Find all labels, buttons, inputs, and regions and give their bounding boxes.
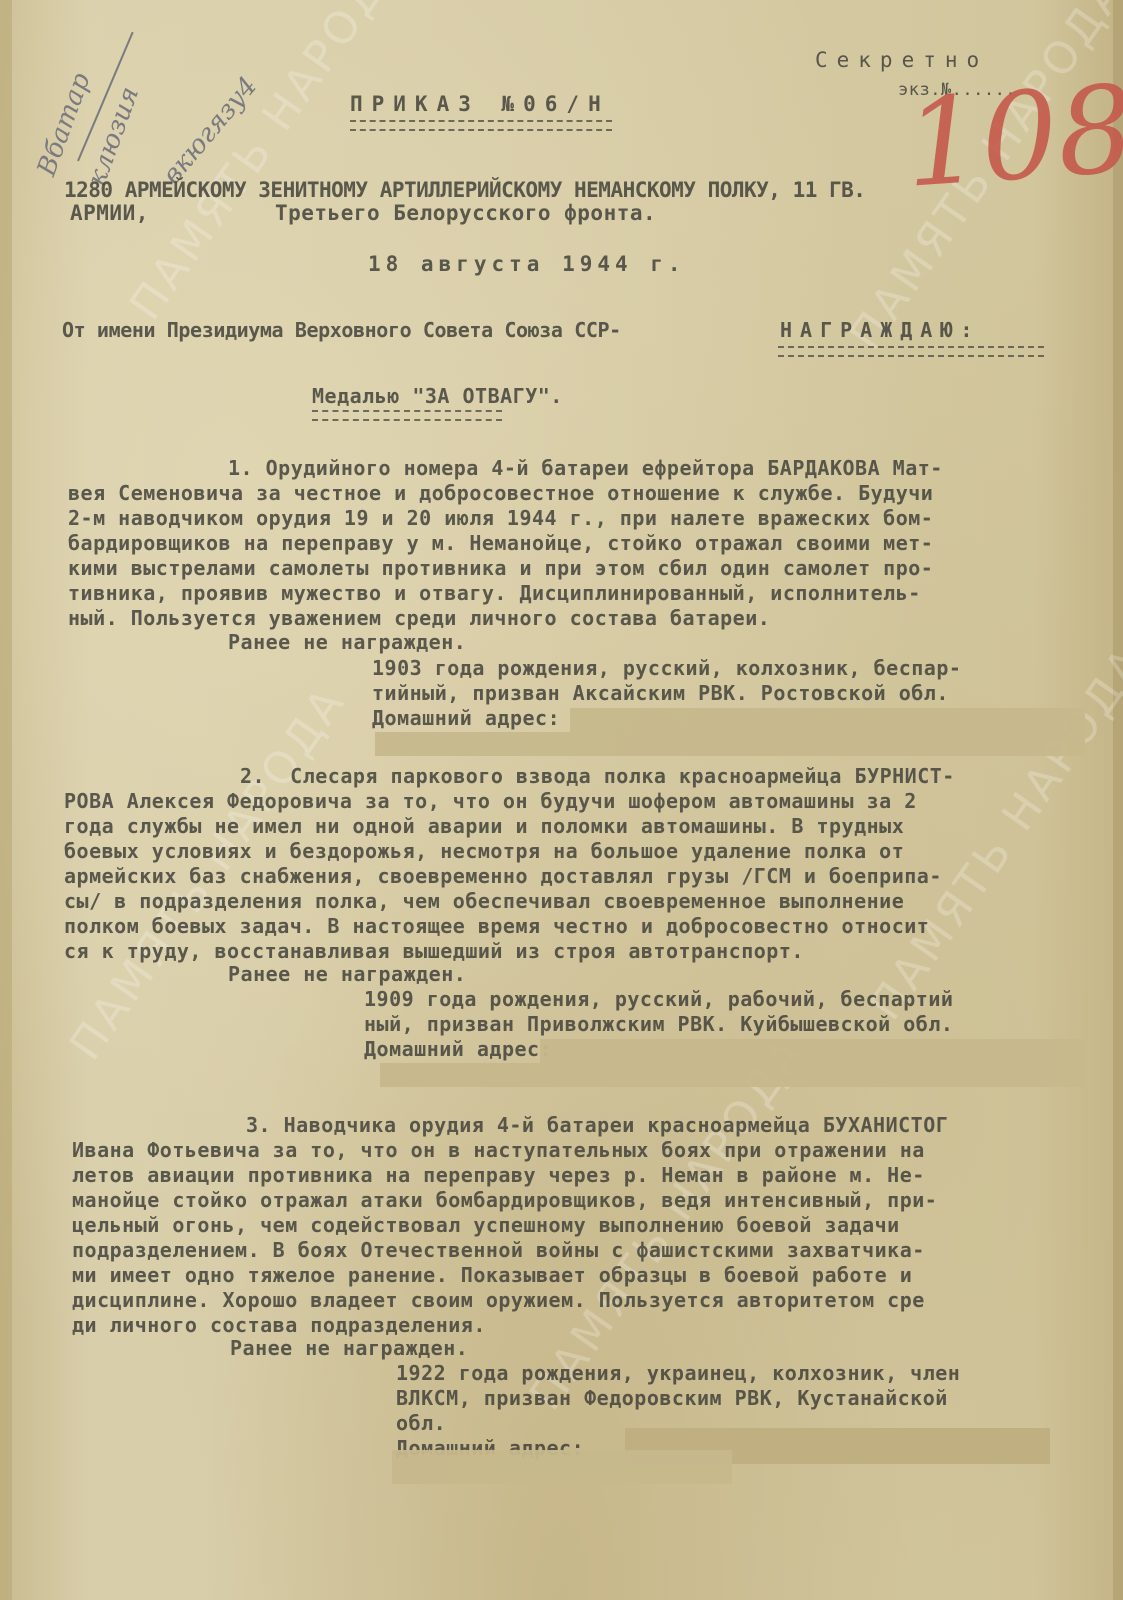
entry-line: ди личного состава подразделения. [72,1313,486,1337]
entry-line: 3. Наводчика орудия 4-й батареи красноар… [246,1113,948,1137]
preamble-action: НАГРАЖДАЮ: [780,318,980,342]
entry-line: кими выстрелами самолеты противника и пр… [68,556,933,580]
entry-line: РОВА Алексея Федоровича за то, что он бу… [64,789,917,813]
entry-line: Ивана Фотьевича за то, что он в наступат… [72,1138,925,1162]
entry-line: 1. Орудийного номера 4-й батареи ефрейто… [228,456,943,480]
registration-number-handwritten: 108 [901,70,1123,206]
entry-line: подразделением. В боях Отечественной вой… [72,1238,925,1262]
bio-line: обл. [396,1411,446,1435]
prior-awards: Ранее не награжден. [228,630,466,654]
entry-line: бардировщиков на переправу у м. Неманойц… [68,531,933,555]
bio-line: ВЛКСМ, призван Федоровским РВК, Кустанай… [396,1386,948,1410]
entry-line: ми имеет одно тяжелое ранение. Показывае… [72,1263,912,1287]
handwritten-note: вкюгязу4 [157,71,263,190]
entry-line: тивника, проявив мужество и отвагу. Дисц… [68,581,921,605]
address-label: Домашний адрес: [364,1037,552,1061]
entry-line: боевых условиях и бездорожья, несмотря н… [64,839,904,863]
document-page: ПАМЯТЬ НАРОДА ПАМЯТЬ НАРОДА ПАМЯТЬ НАРОД… [0,0,1123,1600]
handwritten-note: клюзия [82,83,145,190]
bio-line: тийный, призван Аксайским РВК. Ростовско… [372,681,949,705]
order-title: ПРИКАЗ №06/Н [350,92,610,117]
redacted-address [380,1063,1085,1087]
entry-line: полком боевых задач. В настоящее время ч… [64,914,929,938]
redacted-address [392,1450,732,1484]
entry-line: армейских баз снабжения, своевременно до… [64,864,942,888]
title-underline [350,120,612,131]
address-label: Домашний адрес: [372,706,560,730]
entry-line: ный. Пользуется уважением среди личного … [68,606,770,630]
paper-edge-left [0,0,12,1600]
preamble-action-underline [778,346,1044,357]
addressee-line-2-left: АРМИИ, [70,201,149,225]
entry-line: 2. Слесаря паркового взвода полка красно… [240,764,955,788]
preamble: От имени Президиума Верховного Совета Со… [62,318,621,342]
prior-awards: Ранее не награжден. [228,962,466,986]
entry-line: цельный огонь, чем содействовал успешном… [72,1213,900,1237]
paper-edge-right [1113,0,1123,1600]
entry-line: ся к труду, восстанавливая вышедший из с… [64,939,804,963]
addressee-line-1: 1280 АРМЕЙСКОМУ ЗЕНИТНОМУ АРТИЛЛЕРИЙСКОМ… [64,178,865,202]
award-underline [312,410,502,421]
addressee-line-2-right: Третьего Белорусского фронта. [275,201,656,225]
redacted-address [540,1039,1085,1063]
bio-line: 1922 года рождения, украинец, колхозник,… [396,1361,960,1385]
bio-line: 1909 года рождения, русский, рабочий, бе… [364,987,953,1011]
award-name: Медалью "ЗА ОТВАГУ". [312,384,563,408]
order-date: 18 августа 1944 г. [368,252,686,277]
redacted-address [570,708,1085,732]
entry-line: вея Семеновича за честное и добросовестн… [68,481,933,505]
redacted-address [375,732,1085,756]
entry-line: дисциплине. Хорошо владеет своим оружием… [72,1288,925,1312]
bio-line: ный, призван Приволжским РВК. Куйбышевск… [364,1012,953,1036]
bio-line: 1903 года рождения, русский, колхозник, … [372,656,961,680]
entry-line: 2-м наводчиком орудия 19 и 20 июля 1944 … [68,506,933,530]
entry-line: года службы не имел ни одной аварии и по… [64,814,904,838]
prior-awards: Ранее не награжден. [230,1336,468,1360]
entry-line: сы/ в подразделения полка, чем обеспечив… [64,889,904,913]
entry-line: летов авиации противника на переправу че… [72,1163,925,1187]
entry-line: манойце стойко отражал атаки бомбардиров… [72,1188,937,1212]
classification-stamp: Секретно [815,48,988,73]
